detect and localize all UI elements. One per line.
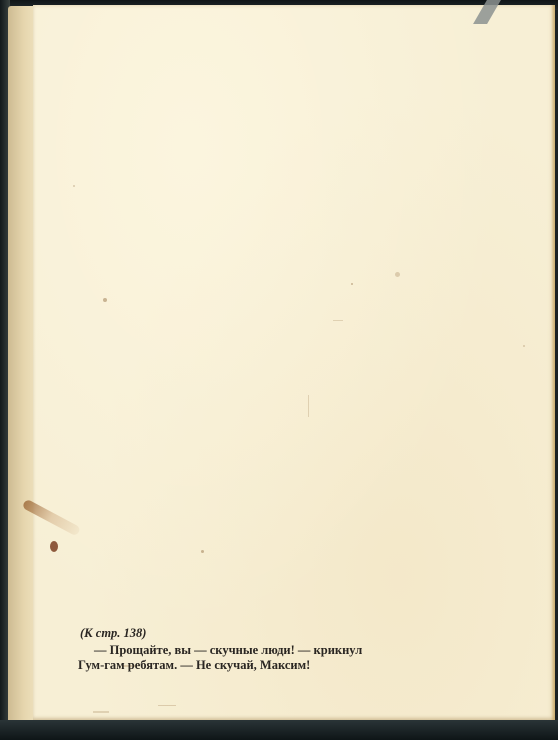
- page-reference: (К стр. 138): [80, 626, 380, 641]
- paper-speck: [523, 345, 525, 347]
- caption-line-1: — Прощайте, вы — скучные люди! — крикнул: [80, 643, 380, 658]
- caption-line-2: Гум-гам ребятам. — Не скучай, Максим!: [78, 658, 380, 673]
- page-edge-shading: [551, 5, 555, 720]
- paper-speck: [333, 320, 343, 321]
- stain-blot: [50, 541, 58, 552]
- book-page: [33, 5, 555, 720]
- paper-speck: [351, 283, 353, 285]
- paper-speck: [158, 705, 176, 706]
- scanned-page: (К стр. 138) — Прощайте, вы — скучные лю…: [0, 0, 558, 740]
- paper-speck: [93, 711, 109, 713]
- paper-speck: [308, 395, 309, 417]
- paper-speck: [201, 550, 204, 553]
- scanner-bottom-edge: [0, 720, 558, 740]
- paper-speck: [395, 272, 400, 277]
- paper-speck: [103, 298, 107, 302]
- illustration-caption: (К стр. 138) — Прощайте, вы — скучные лю…: [80, 626, 380, 673]
- paper-speck: [73, 185, 75, 187]
